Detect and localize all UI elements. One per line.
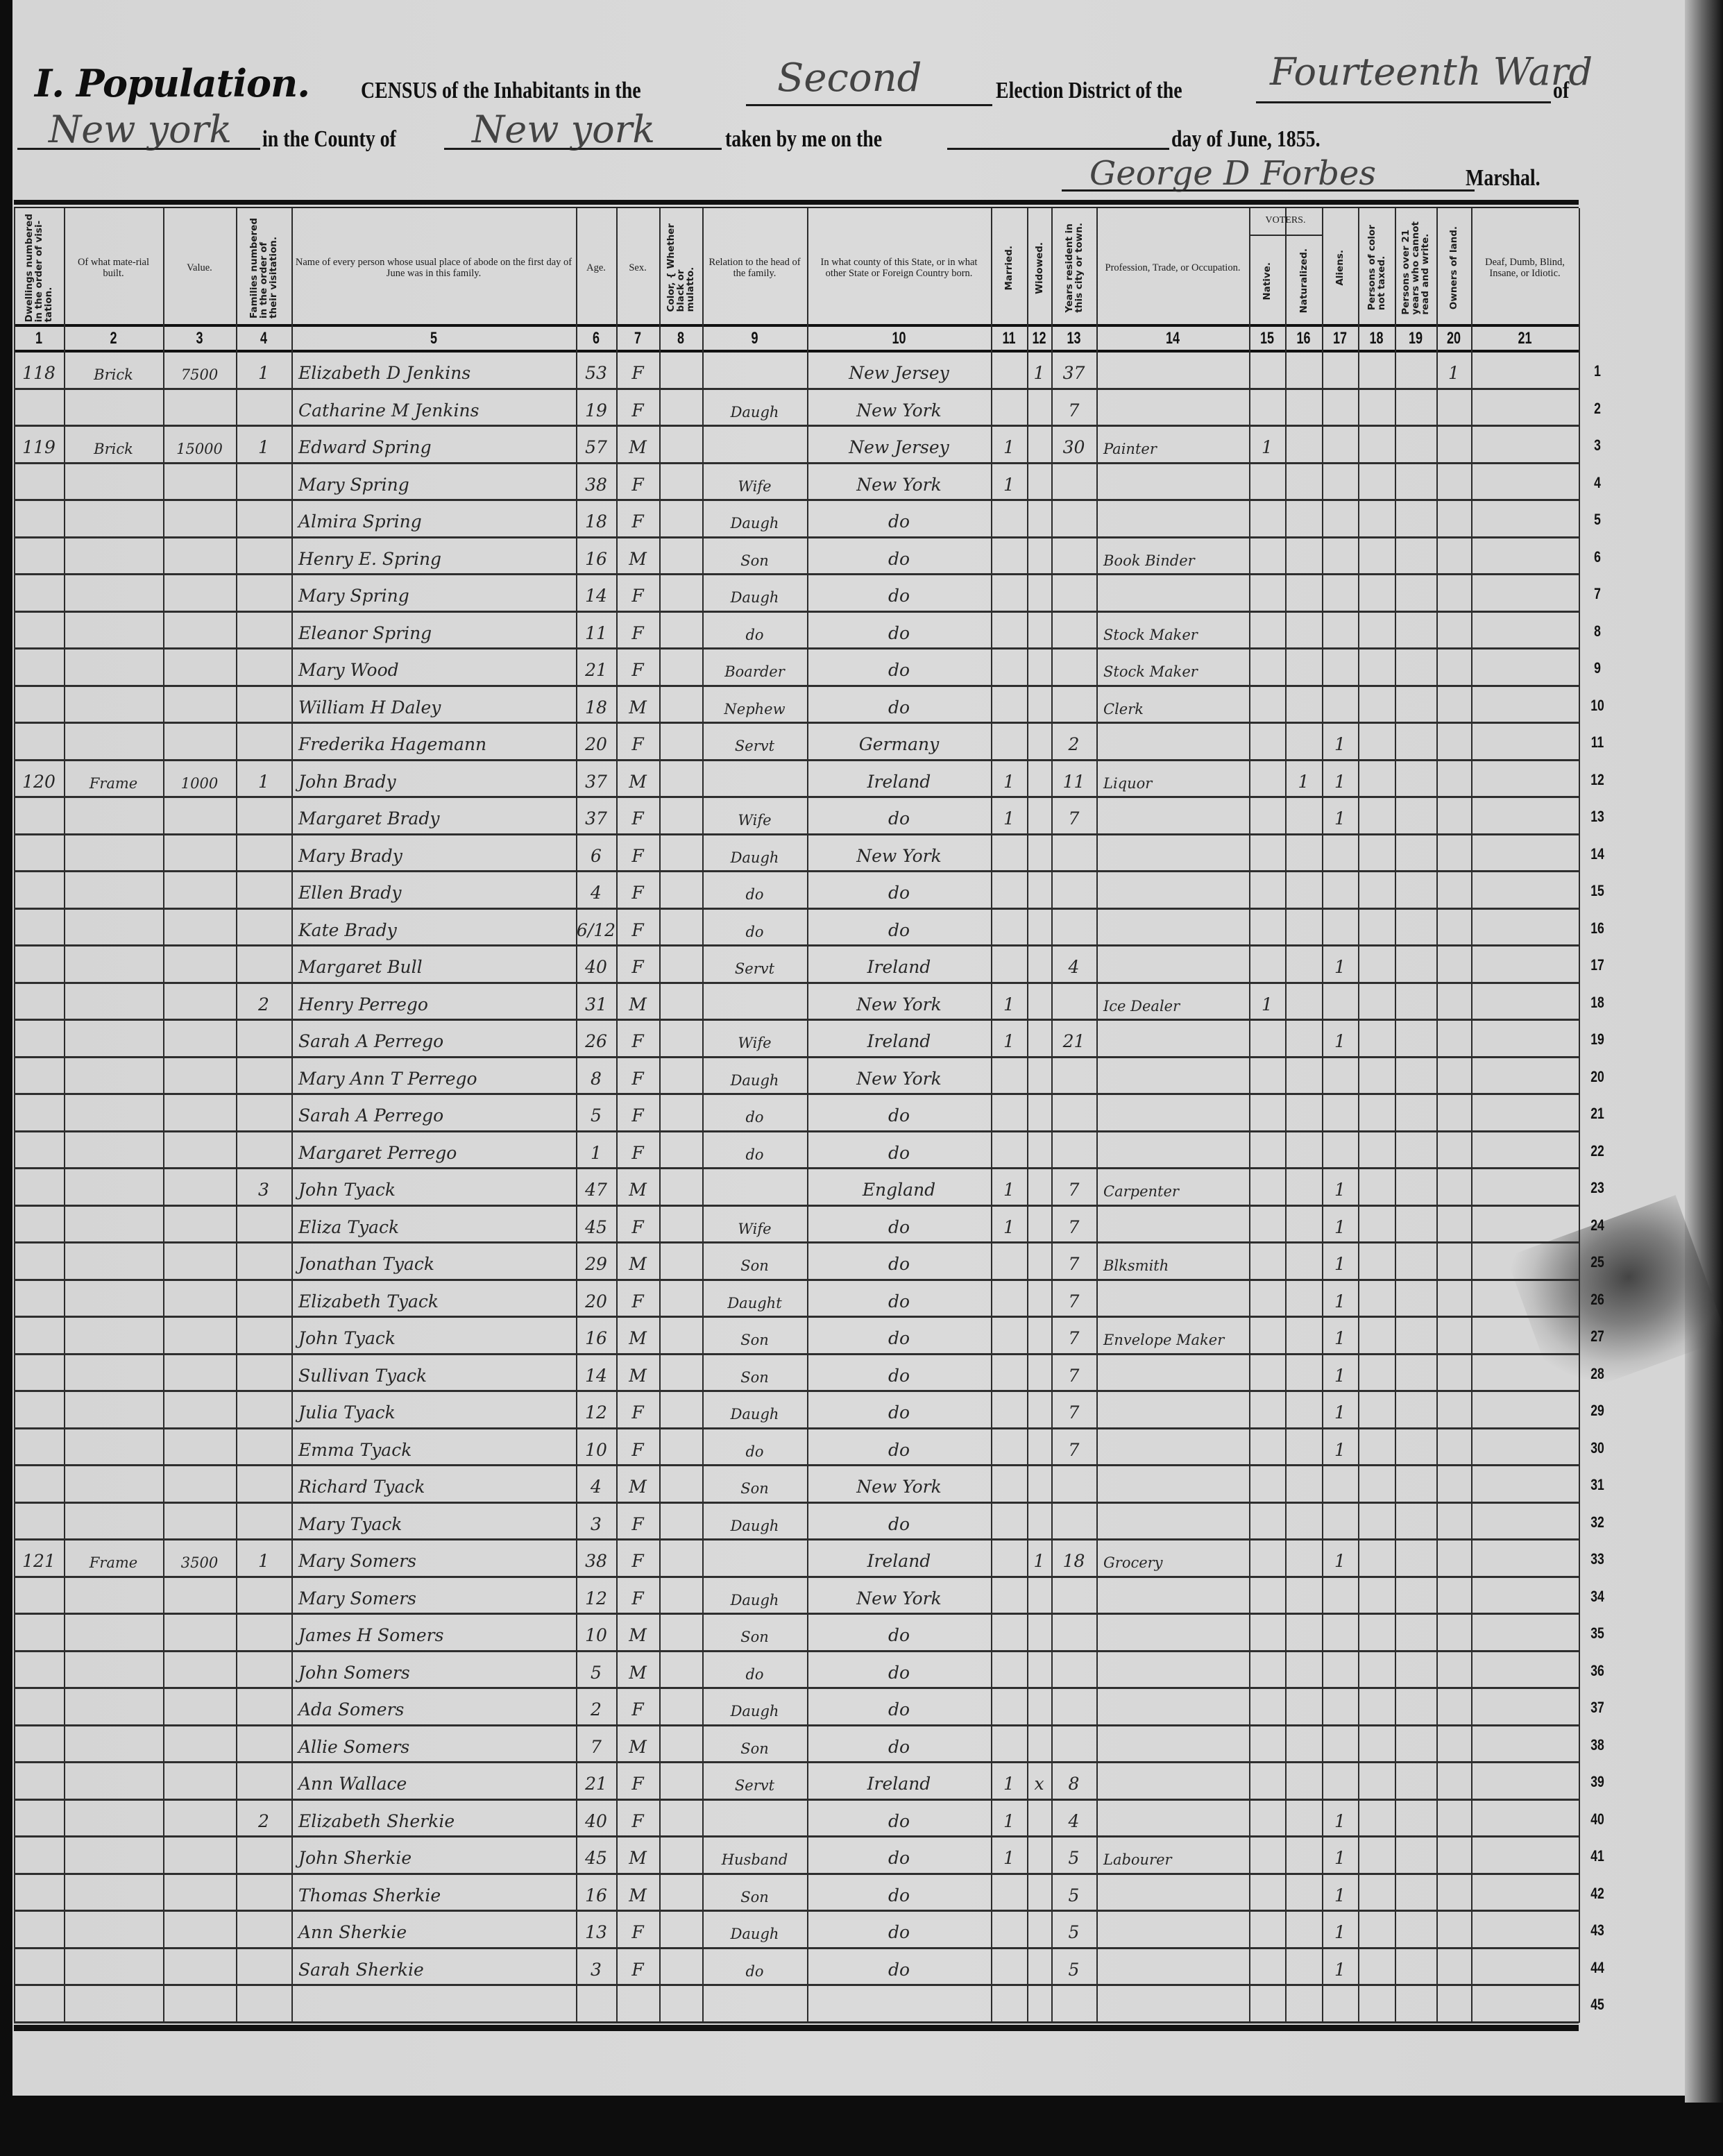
birthplace: do bbox=[807, 1355, 991, 1390]
column-header-2: Of what mate-rial built. bbox=[64, 210, 163, 326]
dwelling-number: 118 bbox=[14, 353, 64, 387]
family-number bbox=[236, 687, 291, 722]
building-material bbox=[64, 1355, 163, 1390]
family-number bbox=[236, 575, 291, 610]
widowed-mark bbox=[1027, 947, 1051, 981]
column-number: 13 bbox=[1057, 328, 1091, 350]
dwelling-value: 7500 bbox=[163, 353, 236, 387]
naturalized-voter-mark bbox=[1285, 1169, 1322, 1204]
widowed-mark bbox=[1027, 1207, 1051, 1241]
illiterate-mark bbox=[1395, 650, 1436, 684]
table-top-rule bbox=[14, 200, 1579, 205]
disability bbox=[1471, 1429, 1579, 1464]
color-not-taxed-mark bbox=[1358, 1466, 1395, 1501]
land-owner-mark bbox=[1436, 575, 1471, 610]
family-number bbox=[236, 872, 291, 907]
land-owner-mark bbox=[1436, 687, 1471, 722]
building-material bbox=[64, 1281, 163, 1316]
occupation bbox=[1103, 1615, 1249, 1649]
person-name: Henry Perrego bbox=[298, 984, 576, 1019]
color bbox=[659, 1021, 702, 1055]
dwelling-value bbox=[163, 835, 236, 870]
color-not-taxed-mark bbox=[1358, 1095, 1395, 1130]
land-owner-mark bbox=[1436, 1318, 1471, 1352]
relation-to-head: Daugh bbox=[702, 1578, 807, 1613]
column-number: 4 bbox=[243, 328, 285, 350]
illiterate-mark bbox=[1395, 1169, 1436, 1204]
family-number bbox=[236, 1466, 291, 1501]
sex: F bbox=[616, 1207, 659, 1241]
person-name: Sarah A Perrego bbox=[298, 1095, 576, 1130]
illiterate-mark bbox=[1395, 353, 1436, 387]
occupation bbox=[1103, 1058, 1249, 1093]
color-not-taxed-mark bbox=[1358, 1615, 1395, 1649]
married-mark bbox=[991, 575, 1027, 610]
widowed-mark bbox=[1027, 984, 1051, 1019]
alien-mark bbox=[1322, 1058, 1358, 1093]
color bbox=[659, 1615, 702, 1649]
sex: M bbox=[616, 1726, 659, 1761]
age: 11 bbox=[576, 613, 616, 647]
family-number bbox=[236, 650, 291, 684]
column-header-label: Value. bbox=[184, 262, 215, 273]
table-row: 2Henry Perrego31MNew York1Ice Dealer1 bbox=[14, 984, 1579, 1021]
building-material bbox=[64, 538, 163, 573]
color bbox=[659, 464, 702, 499]
family-number bbox=[236, 1207, 291, 1241]
widowed-mark bbox=[1027, 1578, 1051, 1613]
ward-value: Fourteenth Ward bbox=[1270, 50, 1593, 94]
person-name: Ellen Brady bbox=[298, 872, 576, 907]
person-name: Eleanor Spring bbox=[298, 613, 576, 647]
birthplace: New York bbox=[807, 1058, 991, 1093]
book-spine-edge bbox=[1685, 0, 1723, 2156]
line-number: 9 bbox=[1586, 659, 1609, 677]
color bbox=[659, 761, 702, 796]
naturalized-voter-mark bbox=[1285, 613, 1322, 647]
family-number bbox=[236, 1689, 291, 1724]
naturalized-voter-mark bbox=[1285, 1429, 1322, 1464]
dwelling-number bbox=[14, 650, 64, 684]
color bbox=[659, 1243, 702, 1278]
color bbox=[659, 1837, 702, 1872]
illiterate-mark bbox=[1395, 1466, 1436, 1501]
land-owner-mark bbox=[1436, 1837, 1471, 1872]
building-material bbox=[64, 724, 163, 758]
disability bbox=[1471, 1207, 1579, 1241]
birthplace: New Jersey bbox=[807, 427, 991, 461]
column-header-label: Naturalized. bbox=[1296, 248, 1312, 313]
widowed-mark bbox=[1027, 1875, 1051, 1910]
naturalized-voter-mark bbox=[1285, 1726, 1322, 1761]
relation-to-head bbox=[702, 1986, 807, 2021]
dwelling-value bbox=[163, 1801, 236, 1835]
color-not-taxed-mark bbox=[1358, 1578, 1395, 1613]
relation-to-head: Son bbox=[702, 1243, 807, 1278]
years-resident bbox=[1051, 575, 1096, 610]
dwelling-value bbox=[163, 1318, 236, 1352]
native-voter-mark bbox=[1249, 1875, 1285, 1910]
dwelling-value bbox=[163, 501, 236, 536]
color bbox=[659, 872, 702, 907]
relation-to-head bbox=[702, 1801, 807, 1835]
native-voter-mark bbox=[1249, 1207, 1285, 1241]
sex: F bbox=[616, 1801, 659, 1835]
dwelling-number bbox=[14, 1392, 64, 1427]
dwelling-number bbox=[14, 1504, 64, 1538]
family-number bbox=[236, 1392, 291, 1427]
dwelling-value bbox=[163, 1986, 236, 2021]
age: 37 bbox=[576, 798, 616, 833]
widowed-mark bbox=[1027, 613, 1051, 647]
sex: F bbox=[616, 1578, 659, 1613]
dwelling-value bbox=[163, 1392, 236, 1427]
family-number: 2 bbox=[236, 1801, 291, 1835]
sex: M bbox=[616, 538, 659, 573]
occupation: Liquor bbox=[1103, 761, 1249, 796]
color bbox=[659, 984, 702, 1019]
birthplace: do bbox=[807, 575, 991, 610]
years-resident: 5 bbox=[1051, 1949, 1096, 1984]
land-owner-mark bbox=[1436, 1466, 1471, 1501]
family-number bbox=[236, 1726, 291, 1761]
table-row: Thomas Sherkie16MSondo51 bbox=[14, 1875, 1579, 1912]
family-number bbox=[236, 1578, 291, 1613]
illiterate-mark bbox=[1395, 1763, 1436, 1798]
table-row: Almira Spring18FDaughdo bbox=[14, 501, 1579, 538]
married-mark bbox=[991, 613, 1027, 647]
family-number bbox=[236, 538, 291, 573]
native-voter-mark: 1 bbox=[1249, 984, 1285, 1019]
section-title: I. Population. bbox=[35, 61, 309, 105]
dwelling-number bbox=[14, 1095, 64, 1130]
color bbox=[659, 1689, 702, 1724]
illiterate-mark bbox=[1395, 1801, 1436, 1835]
building-material bbox=[64, 1763, 163, 1798]
relation-to-head: do bbox=[702, 910, 807, 944]
table-row bbox=[14, 1986, 1579, 2023]
table-row: 2Elizabeth Sherkie40Fdo141 bbox=[14, 1801, 1579, 1838]
occupation: Ice Dealer bbox=[1103, 984, 1249, 1019]
relation-to-head: Daugh bbox=[702, 1504, 807, 1538]
column-number: 17 bbox=[1327, 328, 1354, 350]
occupation bbox=[1103, 1689, 1249, 1724]
table-row: Sullivan Tyack14MSondo71 bbox=[14, 1355, 1579, 1393]
color bbox=[659, 575, 702, 610]
native-voter-mark bbox=[1249, 1169, 1285, 1204]
relation-to-head: Servt bbox=[702, 724, 807, 758]
illiterate-mark bbox=[1395, 835, 1436, 870]
alien-mark bbox=[1322, 984, 1358, 1019]
land-owner-mark bbox=[1436, 984, 1471, 1019]
family-number bbox=[236, 1912, 291, 1946]
line-number: 38 bbox=[1586, 1736, 1609, 1754]
column-number: 18 bbox=[1363, 328, 1391, 350]
native-voter-mark bbox=[1249, 613, 1285, 647]
relation-to-head: Daugh bbox=[702, 835, 807, 870]
illiterate-mark bbox=[1395, 1726, 1436, 1761]
county-label: in the County of bbox=[262, 126, 396, 153]
line-number: 41 bbox=[1586, 1847, 1609, 1865]
family-number bbox=[236, 1132, 291, 1167]
building-material bbox=[64, 1392, 163, 1427]
sex: F bbox=[616, 1504, 659, 1538]
building-material bbox=[64, 1689, 163, 1724]
table-row: 121Frame35001Mary Somers38FIreland118Gro… bbox=[14, 1540, 1579, 1578]
illiterate-mark bbox=[1395, 427, 1436, 461]
dwelling-value bbox=[163, 538, 236, 573]
person-name: Jonathan Tyack bbox=[298, 1243, 576, 1278]
age: 10 bbox=[576, 1615, 616, 1649]
color bbox=[659, 1986, 702, 2021]
family-number bbox=[236, 1429, 291, 1464]
sex: F bbox=[616, 575, 659, 610]
building-material bbox=[64, 575, 163, 610]
birthplace: New York bbox=[807, 390, 991, 425]
dwelling-value bbox=[163, 575, 236, 610]
occupation: Labourer bbox=[1103, 1837, 1249, 1872]
dwelling-number bbox=[14, 1652, 64, 1687]
disability bbox=[1471, 1169, 1579, 1204]
years-resident: 4 bbox=[1051, 947, 1096, 981]
land-owner-mark bbox=[1436, 910, 1471, 944]
birthplace: Germany bbox=[807, 724, 991, 758]
line-number: 14 bbox=[1586, 845, 1609, 863]
person-name: Catharine M Jenkins bbox=[298, 390, 576, 425]
married-mark bbox=[991, 1652, 1027, 1687]
alien-mark bbox=[1322, 687, 1358, 722]
illiterate-mark bbox=[1395, 910, 1436, 944]
naturalized-voter-mark bbox=[1285, 1243, 1322, 1278]
building-material: Frame bbox=[64, 761, 163, 796]
dwelling-number bbox=[14, 1243, 64, 1278]
occupation bbox=[1103, 724, 1249, 758]
naturalized-voter-mark bbox=[1285, 1986, 1322, 2021]
age: 16 bbox=[576, 1318, 616, 1352]
occupation bbox=[1103, 1801, 1249, 1835]
sex: M bbox=[616, 1318, 659, 1352]
table-row: Jonathan Tyack29MSondo7Blksmith1 bbox=[14, 1243, 1579, 1281]
birthplace: New York bbox=[807, 835, 991, 870]
color-not-taxed-mark bbox=[1358, 501, 1395, 536]
relation-to-head: do bbox=[702, 1652, 807, 1687]
years-resident bbox=[1051, 984, 1096, 1019]
relation-to-head: Daugh bbox=[702, 390, 807, 425]
birthplace: do bbox=[807, 1392, 991, 1427]
native-voter-mark bbox=[1249, 1281, 1285, 1316]
illiterate-mark bbox=[1395, 1243, 1436, 1278]
color bbox=[659, 1392, 702, 1427]
building-material bbox=[64, 798, 163, 833]
sex: F bbox=[616, 1132, 659, 1167]
column-header-label: Aliens. bbox=[1332, 250, 1348, 286]
sex: F bbox=[616, 910, 659, 944]
line-number: 12 bbox=[1586, 771, 1609, 789]
alien-mark bbox=[1322, 501, 1358, 536]
column-header-label: Native. bbox=[1259, 262, 1275, 300]
naturalized-voter-mark bbox=[1285, 1801, 1322, 1835]
birthplace bbox=[807, 1986, 991, 2021]
dwelling-value: 1000 bbox=[163, 761, 236, 796]
line-number: 10 bbox=[1586, 697, 1609, 715]
of-label: of bbox=[1553, 78, 1569, 104]
family-number bbox=[236, 1021, 291, 1055]
building-material bbox=[64, 1095, 163, 1130]
color-not-taxed-mark bbox=[1358, 1355, 1395, 1390]
relation-to-head bbox=[702, 353, 807, 387]
years-resident: 7 bbox=[1051, 798, 1096, 833]
widowed-mark bbox=[1027, 1392, 1051, 1427]
disability bbox=[1471, 984, 1579, 1019]
alien-mark bbox=[1322, 1095, 1358, 1130]
table-row: Ann Sherkie13FDaughdo51 bbox=[14, 1912, 1579, 1949]
dwelling-value bbox=[163, 910, 236, 944]
years-resident bbox=[1051, 1466, 1096, 1501]
color bbox=[659, 1652, 702, 1687]
sex: F bbox=[616, 650, 659, 684]
column-header-label: Widowed. bbox=[1032, 242, 1047, 294]
age: 14 bbox=[576, 575, 616, 610]
person-name: Elizabeth Sherkie bbox=[298, 1801, 576, 1835]
years-resident bbox=[1051, 1726, 1096, 1761]
birthplace: Ireland bbox=[807, 761, 991, 796]
column-header-label: Persons over 21 years who cannot read an… bbox=[1398, 221, 1433, 315]
sex: F bbox=[616, 1058, 659, 1093]
widowed-mark bbox=[1027, 1243, 1051, 1278]
native-voter-mark bbox=[1249, 761, 1285, 796]
widowed-mark: x bbox=[1027, 1763, 1051, 1798]
naturalized-voter-mark bbox=[1285, 575, 1322, 610]
native-voter-mark bbox=[1249, 1986, 1285, 2021]
column-number: 5 bbox=[327, 328, 541, 350]
color-not-taxed-mark bbox=[1358, 1949, 1395, 1984]
married-mark: 1 bbox=[991, 464, 1027, 499]
column-header-5: Name of every person whose usual place o… bbox=[291, 210, 576, 326]
birthplace: do bbox=[807, 1652, 991, 1687]
line-number: 39 bbox=[1586, 1773, 1609, 1791]
building-material bbox=[64, 1615, 163, 1649]
widowed-mark bbox=[1027, 1466, 1051, 1501]
person-name: Thomas Sherkie bbox=[298, 1875, 576, 1910]
age: 18 bbox=[576, 501, 616, 536]
naturalized-voter-mark bbox=[1285, 650, 1322, 684]
table-row: Elizabeth Tyack20FDaughtdo71 bbox=[14, 1281, 1579, 1318]
table-row: Julia Tyack12FDaughdo71 bbox=[14, 1392, 1579, 1429]
illiterate-mark bbox=[1395, 1095, 1436, 1130]
occupation bbox=[1103, 1466, 1249, 1501]
color-not-taxed-mark bbox=[1358, 390, 1395, 425]
family-number bbox=[236, 1058, 291, 1093]
family-number: 1 bbox=[236, 761, 291, 796]
years-resident: 5 bbox=[1051, 1875, 1096, 1910]
line-number: 27 bbox=[1586, 1327, 1609, 1346]
family-number bbox=[236, 724, 291, 758]
years-resident bbox=[1051, 1132, 1096, 1167]
table-row: Eleanor Spring11FdodoStock Maker bbox=[14, 613, 1579, 650]
age: 16 bbox=[576, 1875, 616, 1910]
illiterate-mark bbox=[1395, 1132, 1436, 1167]
building-material bbox=[64, 613, 163, 647]
native-voter-mark bbox=[1249, 1318, 1285, 1352]
occupation: Book Binder bbox=[1103, 538, 1249, 573]
dwelling-number bbox=[14, 1058, 64, 1093]
widowed-mark bbox=[1027, 427, 1051, 461]
relation-to-head: Son bbox=[702, 1355, 807, 1390]
age: 14 bbox=[576, 1355, 616, 1390]
birthplace: New Jersey bbox=[807, 353, 991, 387]
dwelling-value bbox=[163, 1466, 236, 1501]
age: 31 bbox=[576, 984, 616, 1019]
widowed-mark bbox=[1027, 1355, 1051, 1390]
dwelling-number bbox=[14, 1689, 64, 1724]
disability bbox=[1471, 1689, 1579, 1724]
building-material bbox=[64, 1801, 163, 1835]
married-mark bbox=[991, 910, 1027, 944]
disability bbox=[1471, 1652, 1579, 1687]
illiterate-mark bbox=[1395, 613, 1436, 647]
column-header-label: Sex. bbox=[626, 262, 649, 273]
married-mark bbox=[991, 687, 1027, 722]
birthplace: do bbox=[807, 613, 991, 647]
column-header-6: Age. bbox=[576, 210, 616, 326]
alien-mark: 1 bbox=[1322, 1318, 1358, 1352]
married-mark bbox=[991, 1986, 1027, 2021]
line-number: 26 bbox=[1586, 1291, 1609, 1309]
color bbox=[659, 1169, 702, 1204]
color-not-taxed-mark bbox=[1358, 1875, 1395, 1910]
birthplace: do bbox=[807, 538, 991, 573]
family-number bbox=[236, 910, 291, 944]
land-owner-mark bbox=[1436, 1169, 1471, 1204]
married-mark: 1 bbox=[991, 1837, 1027, 1872]
years-resident: 7 bbox=[1051, 1355, 1096, 1390]
alien-mark: 1 bbox=[1322, 798, 1358, 833]
family-number bbox=[236, 1875, 291, 1910]
relation-to-head: do bbox=[702, 872, 807, 907]
color bbox=[659, 1318, 702, 1352]
naturalized-voter-mark bbox=[1285, 390, 1322, 425]
family-number bbox=[236, 1355, 291, 1390]
color-not-taxed-mark bbox=[1358, 1207, 1395, 1241]
occupation bbox=[1103, 1949, 1249, 1984]
illiterate-mark bbox=[1395, 575, 1436, 610]
column-number: 20 bbox=[1441, 328, 1467, 350]
native-voter-mark bbox=[1249, 538, 1285, 573]
family-number bbox=[236, 1949, 291, 1984]
illiterate-mark bbox=[1395, 1318, 1436, 1352]
years-resident bbox=[1051, 1615, 1096, 1649]
column-header-label: Dwellings numbered in the order of visi-… bbox=[22, 214, 56, 322]
birthplace: do bbox=[807, 798, 991, 833]
dwelling-value bbox=[163, 984, 236, 1019]
building-material bbox=[64, 650, 163, 684]
table-row: John Sherkie45MHusbanddo15Labourer1 bbox=[14, 1837, 1579, 1875]
dwelling-value bbox=[163, 650, 236, 684]
married-mark bbox=[991, 1875, 1027, 1910]
dwelling-number: 119 bbox=[14, 427, 64, 461]
alien-mark bbox=[1322, 575, 1358, 610]
native-voter-mark bbox=[1249, 1540, 1285, 1575]
married-mark: 1 bbox=[991, 1021, 1027, 1055]
age: 20 bbox=[576, 724, 616, 758]
disability bbox=[1471, 353, 1579, 387]
widowed-mark bbox=[1027, 1058, 1051, 1093]
widowed-mark bbox=[1027, 835, 1051, 870]
sex: F bbox=[616, 1281, 659, 1316]
column-header-label: Families numbered in the order of their … bbox=[246, 218, 281, 319]
widowed-mark bbox=[1027, 872, 1051, 907]
building-material bbox=[64, 390, 163, 425]
